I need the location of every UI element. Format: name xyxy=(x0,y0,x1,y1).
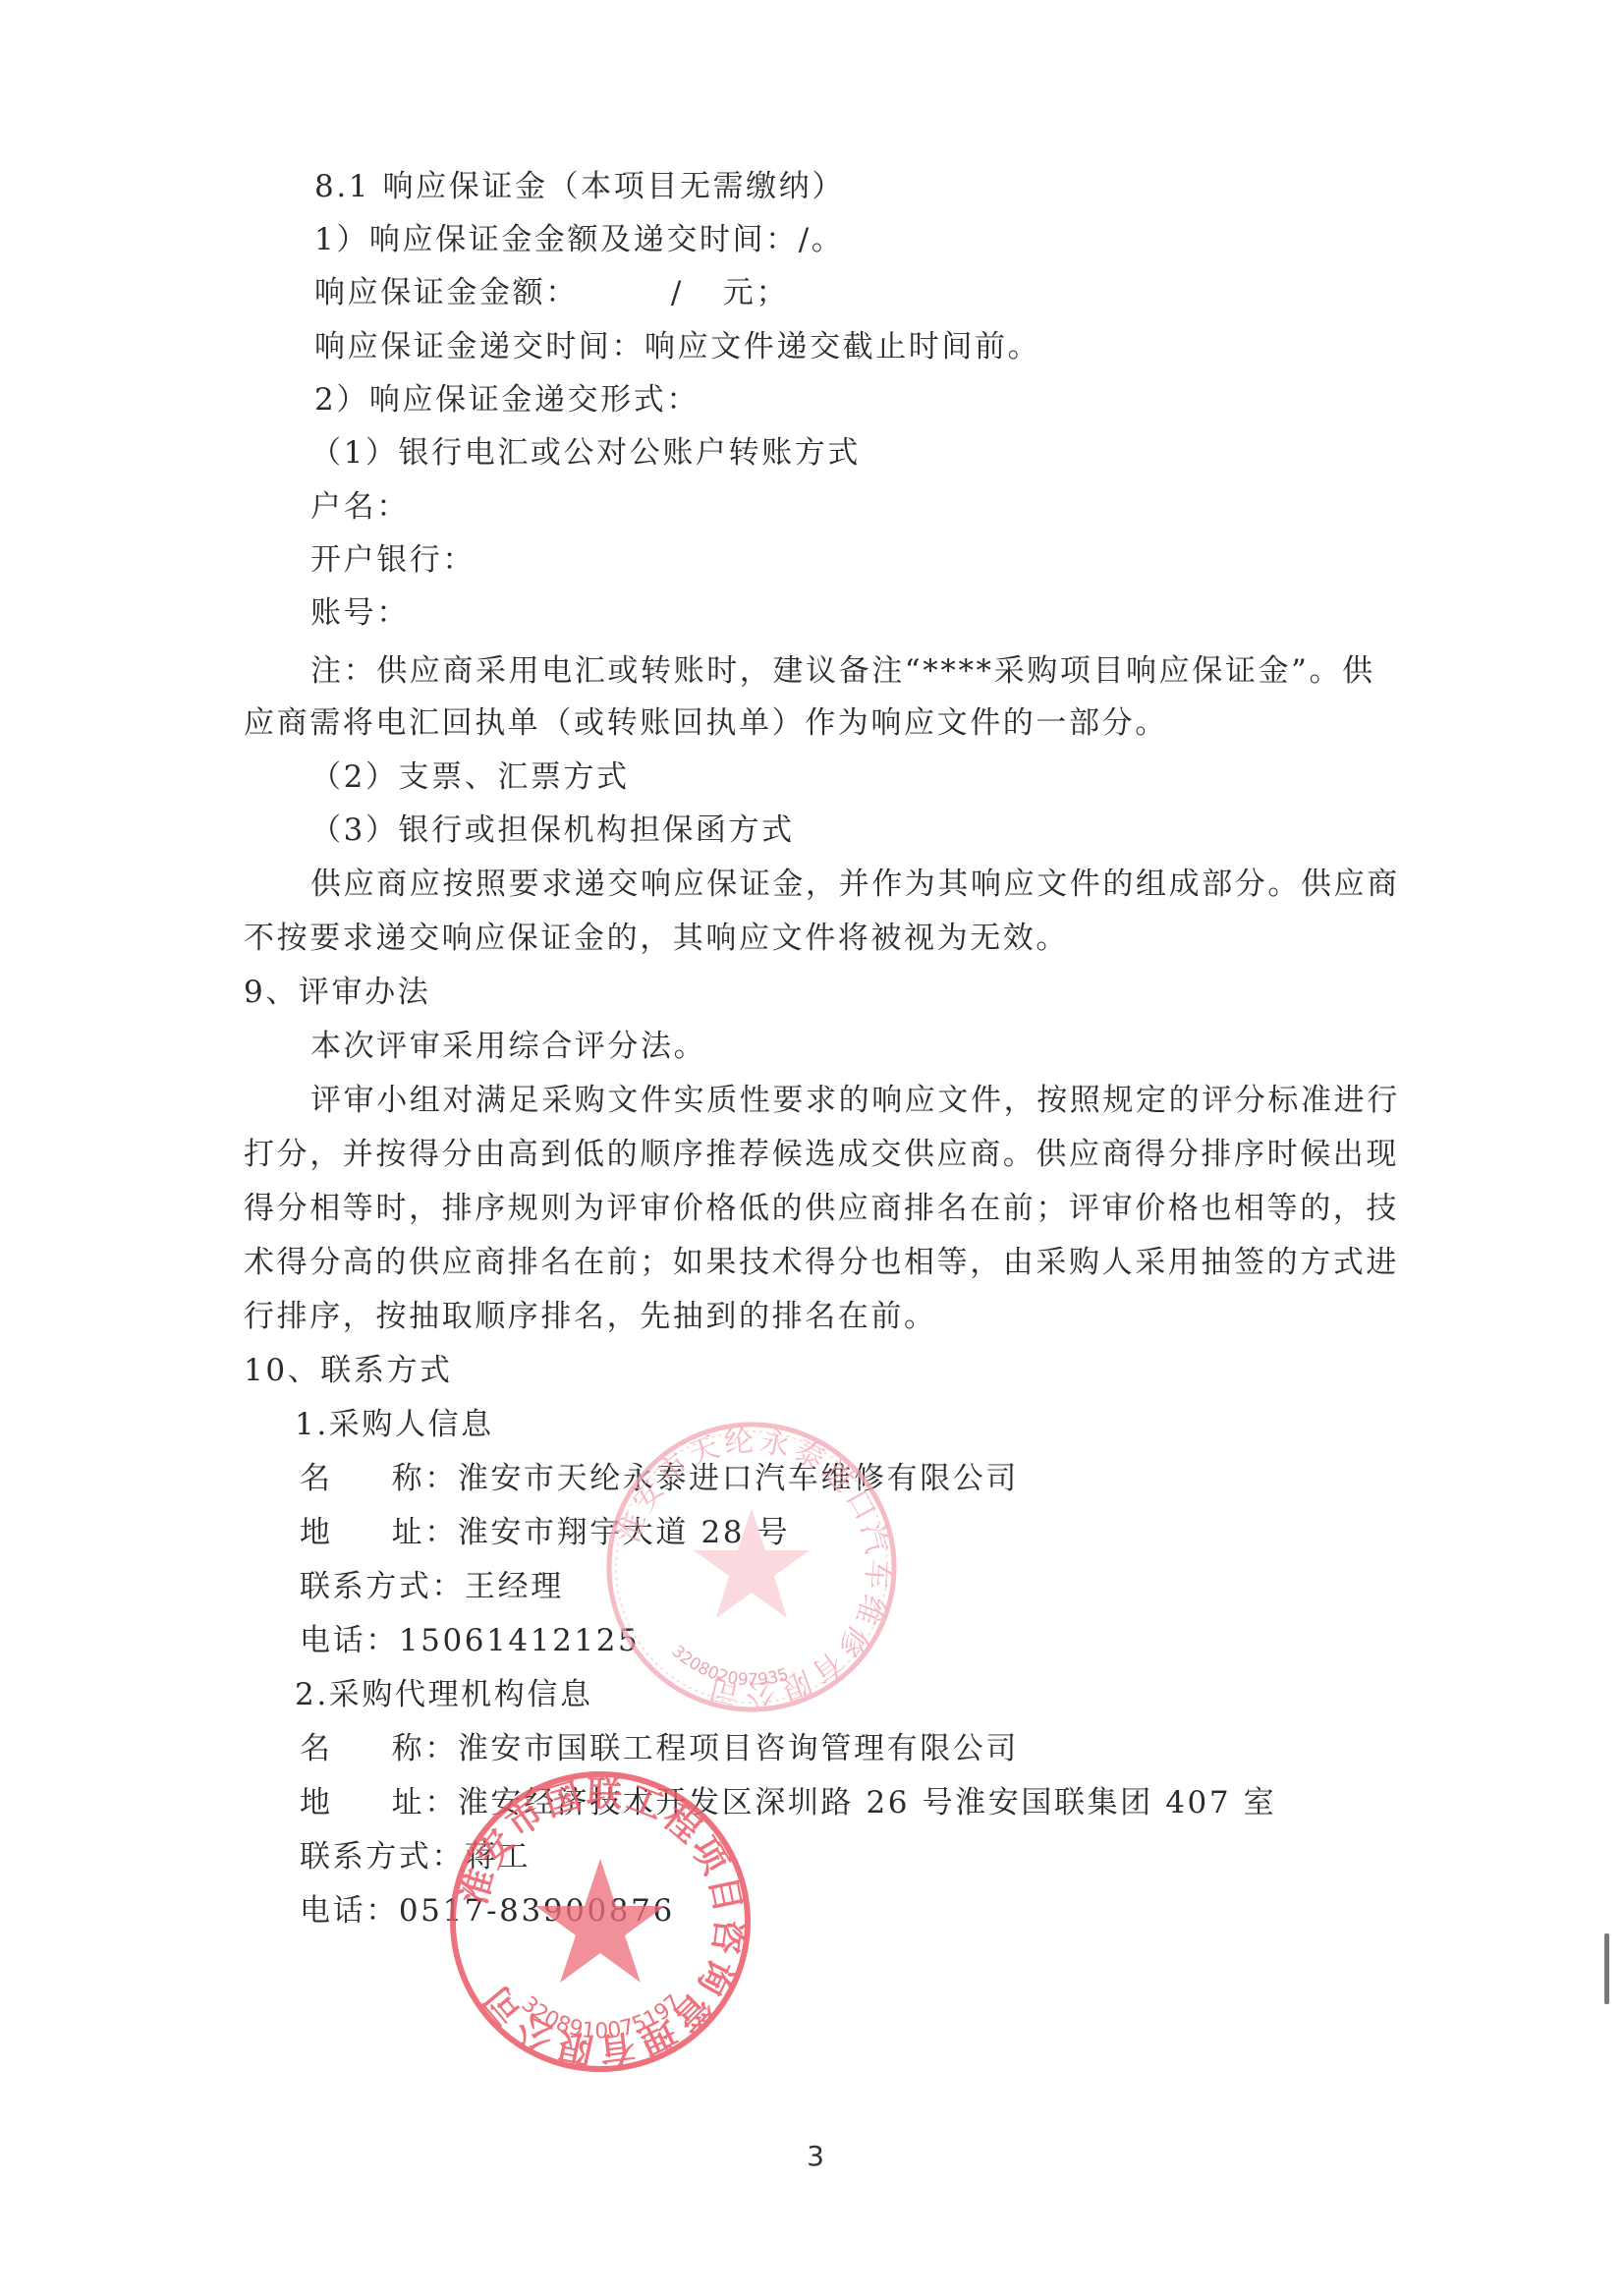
method-guarantee-letter: （3）银行或担保机构担保函方式 xyxy=(310,811,1440,850)
requirement-line-1: 供应商应按照要求递交响应保证金，并作为其响应文件的组成部分。供应商 xyxy=(310,865,1440,904)
account-number-label: 账号： xyxy=(310,593,1440,633)
phone-label: 电话： xyxy=(300,1893,399,1929)
section-10-heading: 10、联系方式 xyxy=(244,1351,1373,1390)
deposit-amount-label: 响应保证金金额： xyxy=(314,275,579,310)
address-label: 地 xyxy=(300,1515,333,1550)
agency-name-value: 淮安市国联工程项目咨询管理有限公司 xyxy=(458,1731,1019,1766)
name-label: 称： xyxy=(392,1731,458,1766)
deposit-amount-line: 响应保证金金额：/元； xyxy=(314,273,1444,312)
address-label: 址： xyxy=(392,1515,458,1550)
deposit-time-line: 响应保证金递交时间：响应文件递交截止时间前。 xyxy=(314,327,1444,366)
account-name-label: 户名： xyxy=(310,487,1440,527)
agency-address-value: 淮安经济技术开发区深圳路 26 号淮安国联集团 407 室 xyxy=(458,1785,1276,1820)
address-label: 址： xyxy=(392,1785,458,1820)
evaluation-paragraph-line: 评审小组对满足采购文件实质性要求的响应文件，按照规定的评分标准进行 xyxy=(310,1081,1440,1120)
purchaser-address-value: 淮安市翔宇大道 28 号 xyxy=(458,1515,790,1550)
agency-name-line: 名称：淮安市国联工程项目咨询管理有限公司 xyxy=(300,1729,1429,1768)
agency-phone-line: 电话：0517-83900876 xyxy=(300,1891,1429,1931)
evaluation-paragraph-line: 得分相等时，排序规则为评审价格低的供应商排名在前；评审价格也相等的，技 xyxy=(244,1189,1373,1228)
deposit-form-item: 2）响应保证金递交形式： xyxy=(314,380,1444,420)
agency-address-line: 地址：淮安经济技术开发区深圳路 26 号淮安国联集团 407 室 xyxy=(300,1783,1429,1822)
section-8-1-heading: 8.1 响应保证金（本项目无需缴纳） xyxy=(314,167,1444,206)
purchaser-contact-line: 联系方式：王经理 xyxy=(300,1567,1429,1606)
evaluation-paragraph-line: 术得分高的供应商排名在前；如果技术得分也相等，由采购人采用抽签的方式进 xyxy=(244,1243,1373,1282)
svg-text:3208910075197: 3208910075197 xyxy=(517,1990,687,2044)
requirement-line-2: 不按要求递交响应保证金的，其响应文件将被视为无效。 xyxy=(244,919,1373,958)
method-bank-transfer: （1）银行电汇或公对公账户转账方式 xyxy=(310,433,1440,473)
document-page: 8.1 响应保证金（本项目无需缴纳） 1）响应保证金金额及递交时间：/。 响应保… xyxy=(0,0,1624,2295)
note-line-2: 应商需将电汇回执单（或转账回执单）作为响应文件的一部分。 xyxy=(244,703,1373,743)
deposit-amount-value: / xyxy=(671,275,684,310)
contact-label: 联系方式： xyxy=(300,1569,465,1604)
agency-phone-value: 0517-83900876 xyxy=(399,1893,675,1929)
purchaser-contact-value: 王经理 xyxy=(465,1569,564,1604)
scan-edge-mark xyxy=(1604,1933,1609,2004)
name-label: 名 xyxy=(300,1731,333,1766)
bank-name-label: 开户银行： xyxy=(310,540,1440,580)
agency-info-title: 2.采购代理机构信息 xyxy=(295,1675,1425,1714)
evaluation-paragraph-line: 行排序，按抽取顺序排名，先抽到的排名在前。 xyxy=(244,1297,1373,1336)
page-number: 3 xyxy=(801,2137,830,2176)
purchaser-name-value: 淮安市天纶永泰进口汽车维修有限公司 xyxy=(458,1461,1019,1496)
method-cheque-draft: （2）支票、汇票方式 xyxy=(310,757,1440,797)
agency-contact-line: 联系方式：蒋工 xyxy=(300,1837,1429,1876)
purchaser-phone-line: 电话：15061412125 xyxy=(300,1621,1429,1660)
purchaser-address-line: 地址：淮安市翔宇大道 28 号 xyxy=(300,1513,1429,1552)
agency-seal-code: 3208910075197 xyxy=(517,1990,687,2044)
deposit-amount-unit: 元； xyxy=(723,275,789,310)
section-9-heading: 9、评审办法 xyxy=(244,973,1373,1012)
purchaser-phone-value: 15061412125 xyxy=(399,1623,641,1658)
evaluation-paragraph-line: 打分，并按得分由高到低的顺序推荐候选成交供应商。供应商得分排序时候出现 xyxy=(244,1135,1373,1174)
purchaser-name-line: 名称：淮安市天纶永泰进口汽车维修有限公司 xyxy=(300,1459,1429,1498)
note-line-1: 注：供应商采用电汇或转账时，建议备注“****采购项目响应保证金”。供 xyxy=(310,651,1440,691)
purchaser-info-title: 1.采购人信息 xyxy=(295,1405,1425,1444)
contact-label: 联系方式： xyxy=(300,1839,465,1875)
agency-contact-value: 蒋工 xyxy=(465,1839,531,1875)
name-label: 称： xyxy=(392,1461,458,1496)
deposit-amount-time-item: 1）响应保证金金额及递交时间：/。 xyxy=(314,220,1444,259)
phone-label: 电话： xyxy=(300,1623,399,1658)
address-label: 地 xyxy=(300,1785,333,1820)
name-label: 名 xyxy=(300,1461,333,1496)
evaluation-method: 本次评审采用综合评分法。 xyxy=(310,1027,1440,1066)
